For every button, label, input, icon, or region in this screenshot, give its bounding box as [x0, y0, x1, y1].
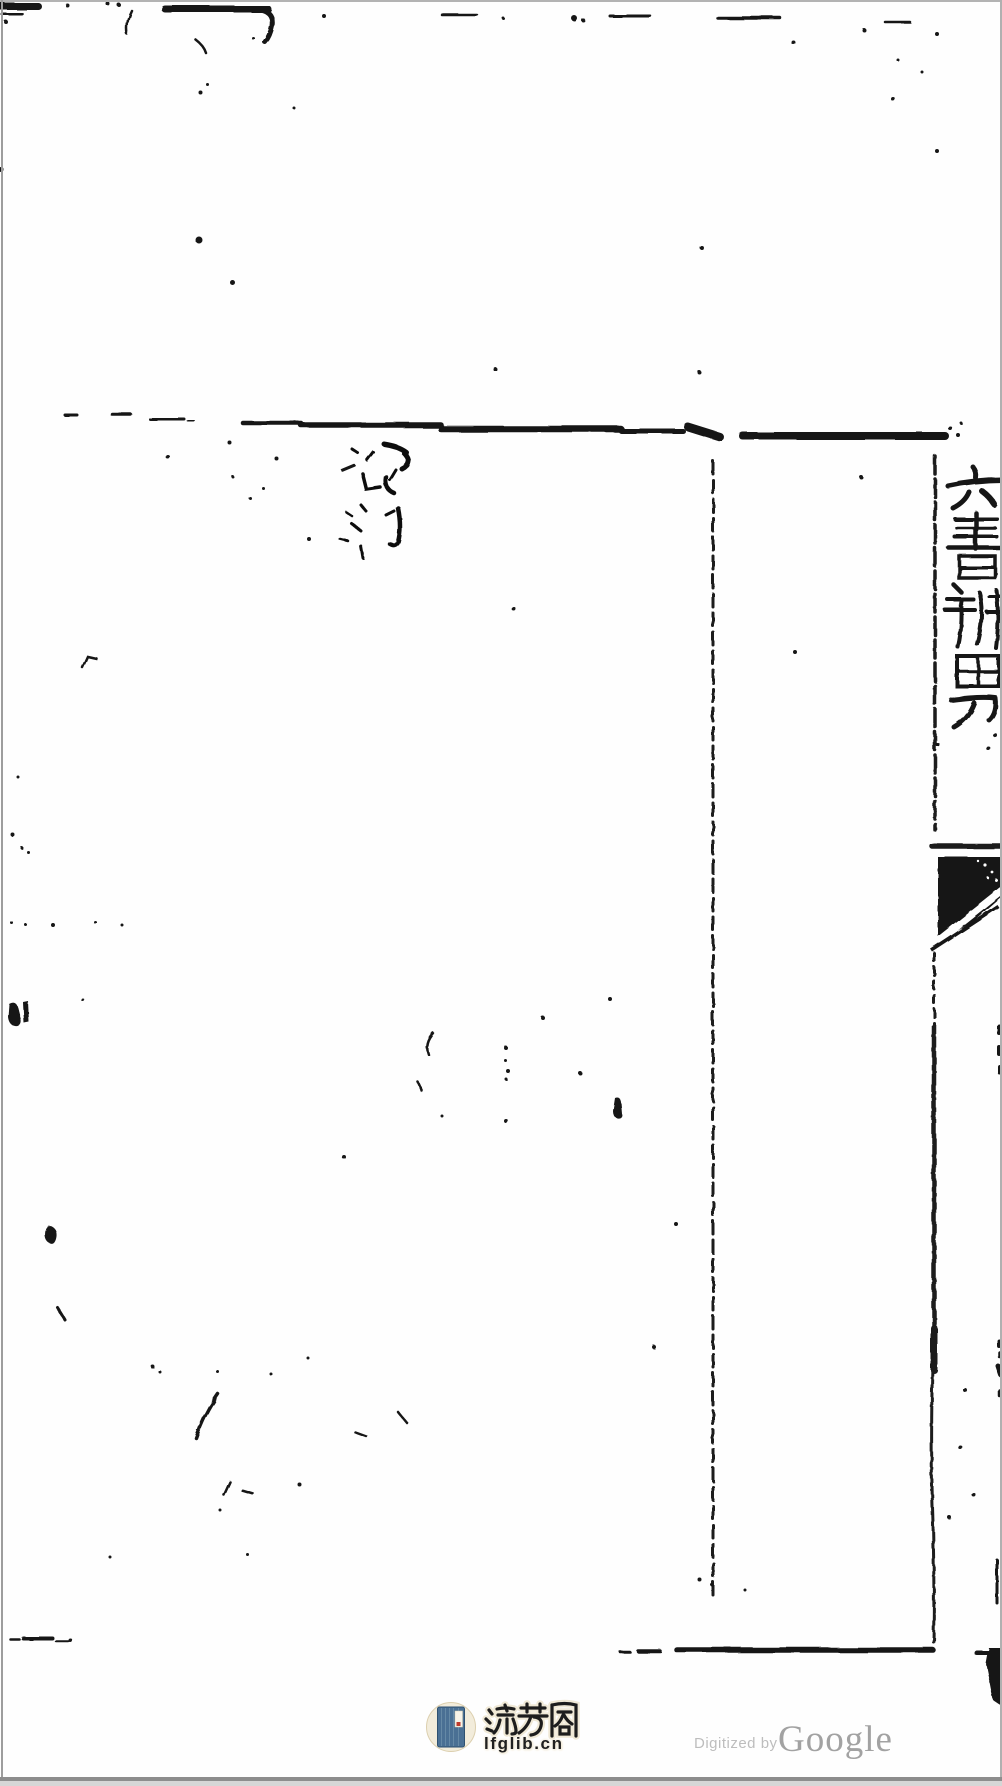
- ink-speck: [572, 16, 578, 22]
- ink-speck: [198, 90, 202, 94]
- scan-border-top: [0, 0, 1002, 2]
- ink-speck: [961, 423, 964, 426]
- watermark-site-name: [486, 1704, 576, 1737]
- ink-speck: [608, 997, 612, 1001]
- ink-speck: [541, 1016, 545, 1020]
- right-column-rule-tail: [932, 1363, 934, 1642]
- ink-speck: [993, 733, 997, 737]
- ink-speck: [948, 426, 952, 430]
- ink-speck: [652, 1345, 656, 1349]
- ink-dash: [342, 465, 354, 470]
- ink-dash: [196, 40, 206, 53]
- ink-speck: [504, 1119, 508, 1123]
- ink-blob: [45, 1226, 57, 1244]
- ink-dash: [82, 656, 96, 667]
- scanned-page: lfglib.cn Digitized by Google: [0, 0, 1002, 1786]
- ink-dash: [355, 1432, 366, 1436]
- ink-speck: [230, 280, 235, 285]
- ink-speck: [4, 20, 8, 24]
- ink-dash: [427, 1033, 433, 1054]
- ink-blob: [23, 1001, 29, 1023]
- title-char-bian: [945, 585, 1002, 648]
- ink-dash: [196, 1394, 218, 1438]
- ink-speck: [207, 84, 210, 87]
- ink-speck: [109, 1556, 112, 1559]
- watermark-seal: [457, 1722, 461, 1726]
- ink-speck: [117, 3, 121, 7]
- ink-speck: [293, 107, 296, 110]
- ink-speck: [217, 1371, 220, 1374]
- ink-speck: [166, 455, 170, 459]
- ink-speck: [697, 370, 701, 374]
- ink-dash: [398, 1412, 407, 1423]
- ink-speck: [793, 650, 797, 654]
- ink-dash: [418, 1082, 422, 1091]
- ink-speck: [307, 1357, 310, 1360]
- scan-noise-marks: [0, 2, 1002, 1706]
- ink-speck: [505, 1060, 508, 1063]
- ink-speck: [27, 851, 30, 854]
- title-column-characters: [945, 467, 1002, 727]
- ink-dash: [127, 10, 132, 34]
- ink-speck: [936, 743, 940, 747]
- ink-dash: [243, 1491, 253, 1494]
- ink-speck: [81, 998, 84, 1001]
- ink-speck: [582, 19, 586, 23]
- ink-speck: [51, 923, 55, 927]
- ink-speck: [891, 97, 895, 101]
- scan-border-left: [1, 0, 3, 1786]
- ink-blob: [8, 1003, 21, 1026]
- ink-speck: [921, 71, 924, 74]
- ink-speck: [342, 1155, 346, 1159]
- ink-speck: [121, 924, 124, 927]
- ink-speck: [897, 59, 900, 62]
- ink-speck: [21, 847, 24, 850]
- ink-speck: [959, 1446, 963, 1450]
- ink-speck: [262, 487, 265, 490]
- ink-dash: [224, 1482, 230, 1495]
- ink-speck: [321, 13, 325, 17]
- ink-speck: [159, 1371, 162, 1374]
- ink-speck: [956, 433, 960, 437]
- ink-speck: [674, 1222, 678, 1226]
- ink-speck: [698, 1578, 702, 1582]
- ink-speck: [578, 1071, 582, 1075]
- ink-speck: [986, 746, 990, 750]
- ink-speck: [11, 833, 15, 837]
- ink-speck: [502, 17, 505, 20]
- ink-speck: [308, 538, 312, 542]
- watermark-site-url: lfglib.cn: [484, 1734, 564, 1754]
- ink-speck: [228, 441, 232, 445]
- ink-speck: [247, 1554, 250, 1557]
- ink-speck: [859, 475, 863, 479]
- ink-speck: [232, 476, 235, 479]
- ink-speck: [25, 924, 28, 927]
- ink-speck: [971, 1492, 975, 1496]
- ink-speck: [269, 1372, 272, 1375]
- ink-speck: [862, 28, 866, 32]
- ink-speck: [252, 37, 255, 40]
- ink-blob: [613, 1098, 622, 1119]
- ink-dash: [262, 10, 272, 42]
- faded-ink-smudge-characters: [340, 444, 409, 558]
- title-char-shu: [949, 513, 1002, 578]
- ink-speck: [505, 1078, 508, 1081]
- ink-speck: [947, 1515, 951, 1519]
- ink-speck: [506, 1069, 510, 1073]
- ink-speck: [11, 922, 14, 925]
- ink-speck: [700, 246, 704, 250]
- digitized-by-text: Digitized by: [694, 1735, 778, 1752]
- ink-speck: [94, 921, 97, 924]
- ink-speck: [219, 1509, 222, 1512]
- ink-speck: [504, 1046, 508, 1050]
- ink-speck: [441, 1115, 444, 1118]
- ink-speck: [17, 776, 20, 779]
- title-char-partial: [951, 656, 999, 727]
- ink-speck: [963, 1388, 967, 1392]
- ink-speck: [493, 367, 497, 371]
- ink-speck: [298, 1483, 302, 1487]
- ink-speck: [935, 32, 939, 36]
- ink-speck: [512, 607, 516, 611]
- ink-speck: [744, 1589, 747, 1592]
- ink-speck: [249, 497, 252, 500]
- page-ink-layer: [0, 0, 1002, 1786]
- ink-speck: [65, 3, 69, 7]
- fishtail-mark: [931, 857, 1002, 950]
- title-char-liu: [948, 467, 1002, 508]
- ink-speck: [275, 457, 279, 461]
- ink-speck: [196, 237, 203, 244]
- ink-speck: [711, 1584, 714, 1587]
- ink-speck: [150, 1364, 154, 1368]
- scan-border-bottom-light: [0, 1781, 1002, 1786]
- ink-speck: [791, 40, 795, 44]
- watermark-book-icon: [438, 1707, 465, 1747]
- ink-dash: [57, 1307, 65, 1320]
- ink-speck: [106, 2, 110, 6]
- ink-speck: [935, 149, 939, 153]
- ink-dash: [688, 427, 720, 437]
- google-logo: Google: [778, 1718, 893, 1761]
